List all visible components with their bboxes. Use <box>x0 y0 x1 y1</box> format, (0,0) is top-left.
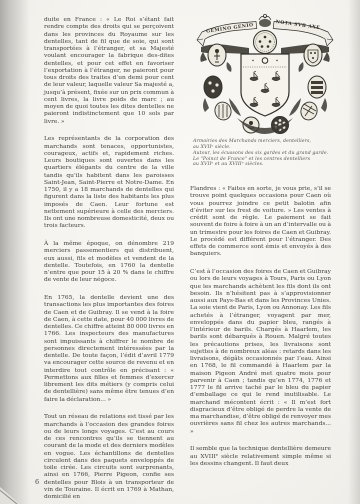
paragraph: Il semble que la technique dentellière d… <box>190 446 331 468</box>
paragraph: C’est à l’occasion des foires de Caen et… <box>190 269 331 436</box>
page-number: 6 <box>35 478 39 486</box>
garde-medallion-left-bottom <box>204 76 222 98</box>
garde-medallion-right-top <box>304 44 322 66</box>
paragraph: Tout un réseau de relations est tissé pa… <box>44 414 174 501</box>
corner-crease-line <box>0 488 19 504</box>
book-page: GEMINO GENIO NOTA SVB AXE <box>0 0 360 504</box>
left-text-column: duite en France : « Le Roi s’étant fait … <box>44 17 174 501</box>
corner-crease <box>0 487 20 504</box>
caption-line: Autour, les écussons des six gardes et d… <box>193 151 345 157</box>
guild-coat-of-arms-engraving: GEMINO GENIO NOTA SVB AXE <box>193 10 337 136</box>
caption-line: au XVIIᵉ et au XVIIIᵉ siècles. <box>193 162 345 168</box>
paragraph: À la même époque, on dénombre 219 mercie… <box>44 241 174 285</box>
engraving-caption: Armoiries des Marchands merciers, dentel… <box>193 139 345 168</box>
page-gutter-shadow <box>0 0 30 504</box>
paragraph: Les représentants de la corporation des … <box>44 136 174 230</box>
paragraph: En 1765, la dentelle devient une des tra… <box>44 295 174 404</box>
right-text-column: Flandres : « Faites en sorte, je vous pr… <box>190 186 331 468</box>
bale-emblem-left <box>213 100 233 122</box>
garde-medallion-right-mid <box>308 76 326 98</box>
page-edge-shadow <box>348 0 360 504</box>
coat-of-arms-illustration: GEMINO GENIO NOTA SVB AXE <box>193 10 337 136</box>
grand-garde-medallion <box>254 31 277 54</box>
bale-emblem-right <box>299 100 320 122</box>
garde-medallion-left-top <box>208 44 226 66</box>
paragraph: duite en France : « Le Roi s’étant fait … <box>44 17 174 126</box>
paragraph: Flandres : « Faites en sorte, je vous pr… <box>190 186 331 259</box>
